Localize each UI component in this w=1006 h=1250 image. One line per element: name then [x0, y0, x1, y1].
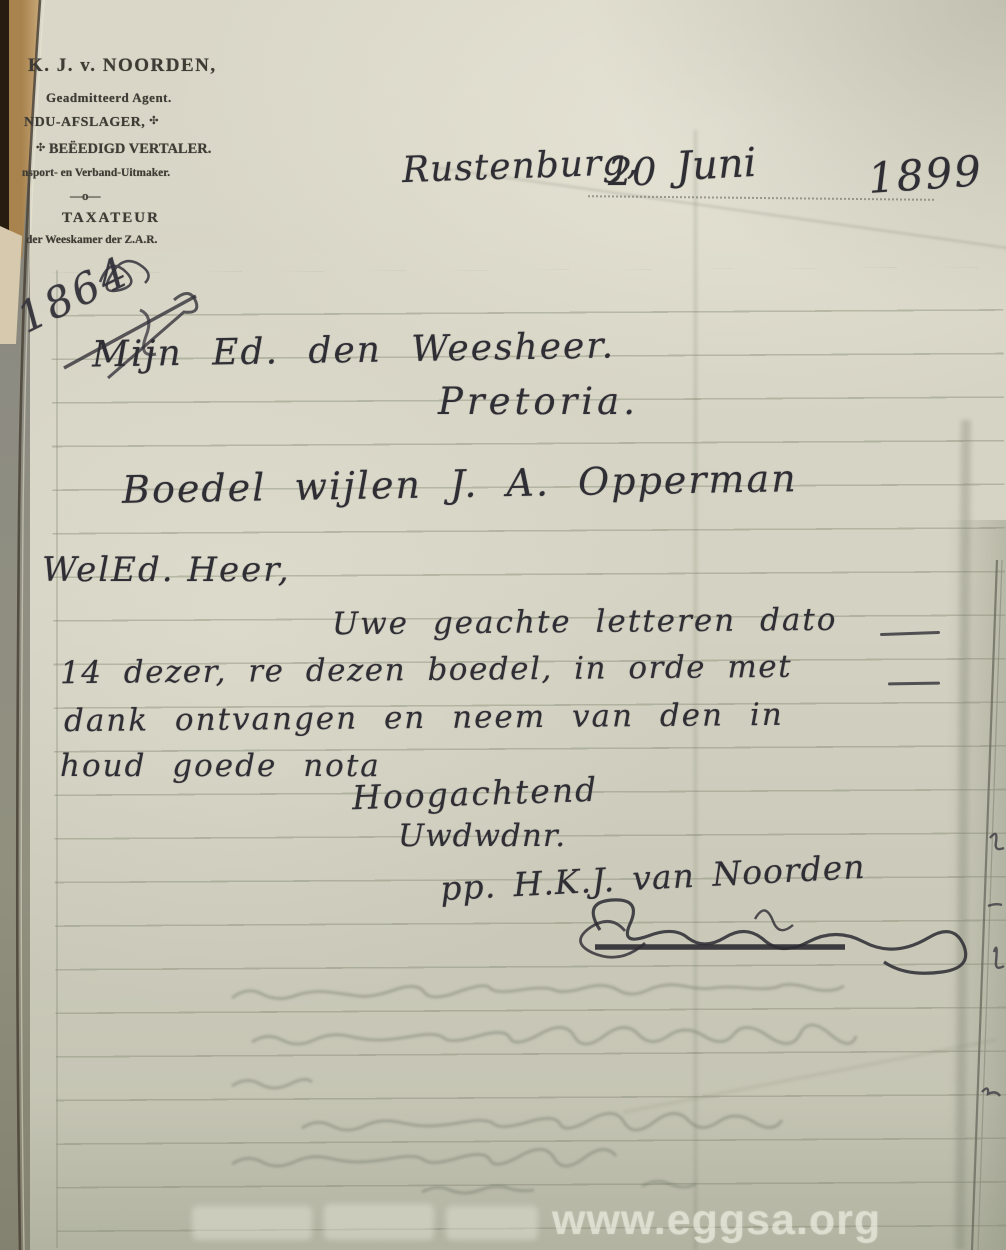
watermark-ghost-text: [192, 1206, 312, 1240]
watermark-ghost-text: [446, 1206, 538, 1240]
scanned-letter-photo: { "document": { "paper_color": "#d6d3c4"…: [0, 0, 1006, 1250]
watermark-ghost-text: [324, 1204, 434, 1240]
watermark-url: www.eggsa.org: [552, 1196, 881, 1245]
bleedthrough-writing: [0, 0, 1006, 1250]
